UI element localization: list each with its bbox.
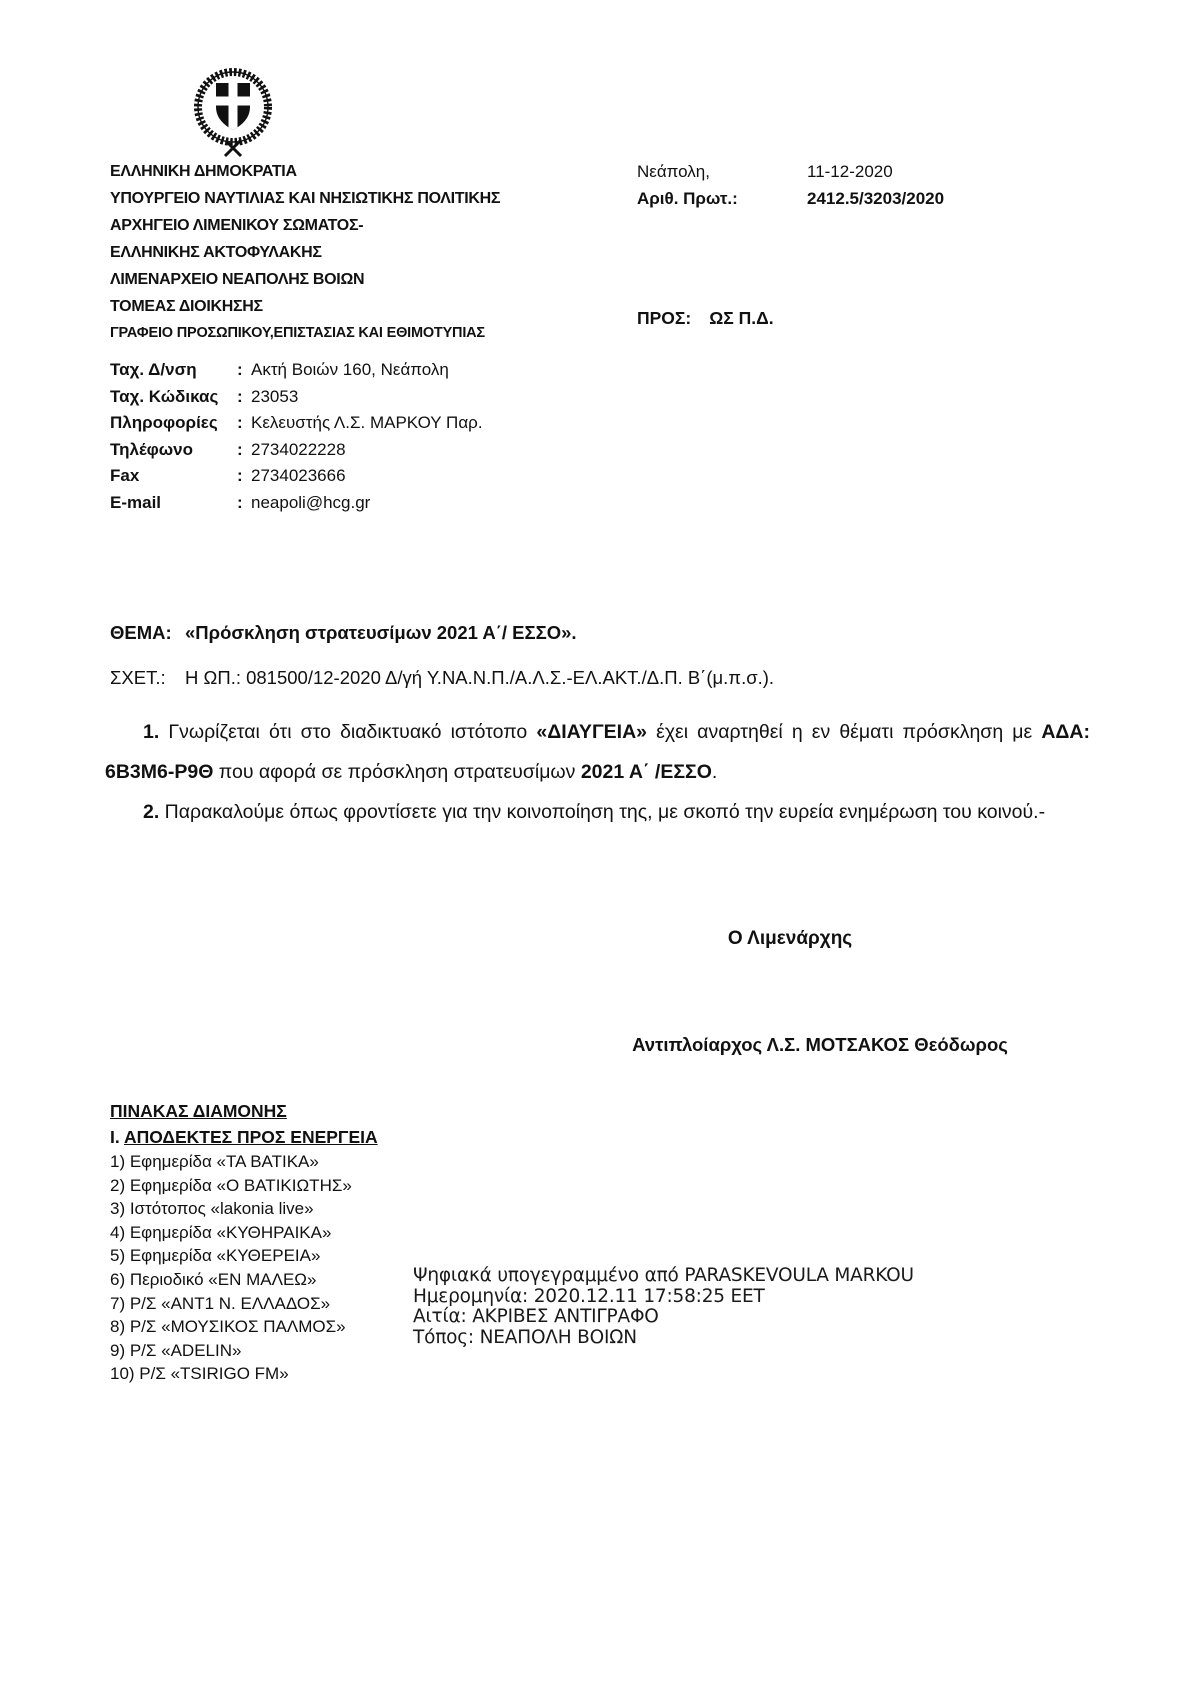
place-date-row: Νεάπολη, 11-12-2020: [637, 158, 1097, 185]
contact-row-address: Ταχ. Δ/νση : Ακτή Βοιών 160, Νεάπολη: [110, 357, 670, 384]
recipient-row: ΠΡΟΣ:ΩΣ Π.Δ.: [637, 305, 774, 331]
contact-row-postcode: Ταχ. Κώδικας : 23053: [110, 384, 670, 411]
org-line: ΑΡΧΗΓΕΙΟ ΛΙΜΕΝΙΚΟΥ ΣΩΜΑΤΟΣ-: [110, 212, 670, 239]
contact-label: Fax: [110, 463, 237, 490]
paragraph-2: 2. Παρακαλούμε όπως φροντίσετε για την κ…: [105, 792, 1090, 832]
subject-text: «Πρόσκληση στρατευσίμων 2021 Α΄/ ΕΣΣΟ».: [185, 620, 577, 646]
date-protocol-block: Νεάπολη, 11-12-2020 Αριθ. Πρωτ.: 2412.5/…: [637, 158, 1097, 212]
contact-row-email: E-mail : neapoli@hcg.gr: [110, 490, 670, 517]
paragraph-text: που αφορά σε πρόσκληση στρατευσίμων: [213, 761, 580, 783]
subject-label: ΘΕΜΑ:: [110, 620, 185, 646]
contact-label: Ταχ. Κώδικας: [110, 384, 237, 411]
paragraph-number: 1.: [143, 721, 159, 743]
org-line: ΕΛΛΗΝΙΚΗ ΔΗΜΟΚΡΑΤΙΑ: [110, 158, 670, 185]
colon-separator: :: [237, 437, 251, 464]
digital-signature-line: Ψηφιακά υπογεγραμμένο από PARASKEVOULA M…: [413, 1266, 973, 1287]
digital-signature-line: Ημερομηνία: 2020.12.11 17:58:25 EET: [413, 1287, 973, 1308]
contact-value: 2734023666: [251, 463, 346, 490]
paragraph-text: .: [712, 761, 717, 783]
protocol-label: Αριθ. Πρωτ.:: [637, 185, 807, 212]
digital-signature-line: Αιτία: ΑΚΡΙΒΕΣ ΑΝΤΙΓΡΑΦΟ: [413, 1307, 973, 1328]
digital-signature-line: Τόπος: ΝΕΑΠΟΛΗ ΒΟΙΩΝ: [413, 1328, 973, 1349]
org-office-line: ΓΡΑΦΕΙΟ ΠΡΟΣΩΠΙΚΟΥ,ΕΠΙΣΤΑΣΙΑΣ ΚΑΙ ΕΘΙΜΟΤ…: [110, 320, 670, 347]
reference-row: ΣΧΕΤ.: Η ΩΠ.: 081500/12-2020 Δ/γή Υ.ΝΑ.Ν…: [110, 665, 774, 691]
colon-separator: :: [237, 357, 251, 384]
email-value: neapoli@hcg.gr: [251, 490, 370, 517]
contact-row-phone: Τηλέφωνο : 2734022228: [110, 437, 670, 464]
colon-separator: :: [237, 490, 251, 517]
contact-label: Ταχ. Δ/νση: [110, 357, 237, 384]
document-page: ΕΛΛΗΝΙΚΗ ΔΗΜΟΚΡΑΤΙΑ ΥΠΟΥΡΓΕΙΟ ΝΑΥΤΙΛΙΑΣ …: [0, 0, 1190, 1683]
distribution-section-heading: Ι. ΑΠΟΔΕΚΤΕΣ ΠΡΟΣ ΕΝΕΡΓΕΙΑ: [110, 1124, 530, 1150]
list-item: 2) Εφημερίδα «Ο ΒΑΤΙΚΙΩΤΗΣ»: [110, 1174, 530, 1198]
contact-value: Ακτή Βοιών 160, Νεάπολη: [251, 357, 449, 384]
protocol-number: 2412.5/3203/2020: [807, 185, 944, 212]
list-item: 3) Ιστότοπος «lakonia live»: [110, 1197, 530, 1221]
letter-body: 1. Γνωρίζεται ότι στο διαδικτυακό ιστότο…: [105, 712, 1090, 832]
org-line: ΥΠΟΥΡΓΕΙΟ ΝΑΥΤΙΛΙΑΣ ΚΑΙ ΝΗΣΙΩΤΙΚΗΣ ΠΟΛΙΤ…: [110, 185, 670, 212]
colon-separator: :: [237, 463, 251, 490]
list-item: 4) Εφημερίδα «ΚΥΘΗΡΑΙΚΑ»: [110, 1221, 530, 1245]
org-line: ΛΙΜΕΝΑΡΧΕΙΟ ΝΕΑΠΟΛΗΣ ΒΟΙΩΝ: [110, 266, 670, 293]
list-item: 1) Εφημερίδα «ΤΑ ΒΑΤΙΚΑ»: [110, 1150, 530, 1174]
digital-signature-stamp: Ψηφιακά υπογεγραμμένο από PARASKEVOULA M…: [413, 1266, 973, 1348]
reference-label: ΣΧΕΤ.:: [110, 665, 185, 691]
letterhead-org-block: ΕΛΛΗΝΙΚΗ ΔΗΜΟΚΡΑΤΙΑ ΥΠΟΥΡΓΕΙΟ ΝΑΥΤΙΛΙΑΣ …: [110, 158, 670, 347]
greek-coat-of-arms-icon: [190, 64, 276, 166]
contact-value: 2734022228: [251, 437, 346, 464]
to-label: ΠΡΟΣ:: [637, 308, 691, 328]
contact-label: Τηλέφωνο: [110, 437, 237, 464]
paragraph-1: 1. Γνωρίζεται ότι στο διαδικτυακό ιστότο…: [105, 712, 1090, 792]
contact-value: 23053: [251, 384, 298, 411]
closing-title: Ο Λιμενάρχης: [640, 926, 940, 952]
org-line: ΕΛΛΗΝΙΚΗΣ ΑΚΤΟΦΥΛΑΚΗΣ: [110, 239, 670, 266]
colon-separator: :: [237, 410, 251, 437]
org-line: ΤΟΜΕΑΣ ΔΙΟΙΚΗΣΗΣ: [110, 293, 670, 320]
contact-row-fax: Fax : 2734023666: [110, 463, 670, 490]
contact-label: Πληροφορίες: [110, 410, 237, 437]
esso-emphasis: 2021 Α΄ /ΕΣΣΟ: [581, 761, 712, 783]
place-label: Νεάπολη,: [637, 158, 807, 185]
contact-row-info: Πληροφορίες : Κελευστής Λ.Σ. ΜΑΡΚΟΥ Παρ.: [110, 410, 670, 437]
contact-label: E-mail: [110, 490, 237, 517]
protocol-row: Αριθ. Πρωτ.: 2412.5/3203/2020: [637, 185, 1097, 212]
contact-block: Ταχ. Δ/νση : Ακτή Βοιών 160, Νεάπολη Ταχ…: [110, 357, 670, 517]
section-title: ΑΠΟΔΕΚΤΕΣ ΠΡΟΣ ΕΝΕΡΓΕΙΑ: [124, 1127, 378, 1147]
paragraph-text: έχει αναρτηθεί η εν θέματι πρόσκληση με: [647, 721, 1041, 743]
contact-value: Κελευστής Λ.Σ. ΜΑΡΚΟΥ Παρ.: [251, 410, 483, 437]
list-item: 10) Ρ/Σ «TSIRIGO FM»: [110, 1362, 530, 1386]
subject-row: ΘΕΜΑ: «Πρόσκληση στρατευσίμων 2021 Α΄/ Ε…: [110, 620, 577, 646]
paragraph-number: 2.: [143, 801, 159, 823]
colon-separator: :: [237, 384, 251, 411]
paragraph-text: Παρακαλούμε όπως φροντίσετε για την κοιν…: [159, 801, 1045, 823]
to-value: ΩΣ Π.Δ.: [709, 308, 773, 328]
section-number: Ι.: [110, 1127, 120, 1147]
paragraph-text: Γνωρίζεται ότι στο διαδικτυακό ιστότοπο: [159, 721, 536, 743]
signer-name: Αντιπλοίαρχος Λ.Σ. ΜΟΤΣΑΚΟΣ Θεόδωρος: [560, 1032, 1080, 1058]
distribution-title: ΠΙΝΑΚΑΣ ΔΙΑΜΟΝΗΣ: [110, 1098, 530, 1124]
diavgeia-emphasis: «ΔΙΑΥΓΕΙΑ»: [536, 721, 647, 743]
reference-text: Η ΩΠ.: 081500/12-2020 Δ/γή Υ.ΝΑ.Ν.Π./Α.Λ…: [185, 665, 774, 691]
date-value: 11-12-2020: [807, 158, 893, 185]
